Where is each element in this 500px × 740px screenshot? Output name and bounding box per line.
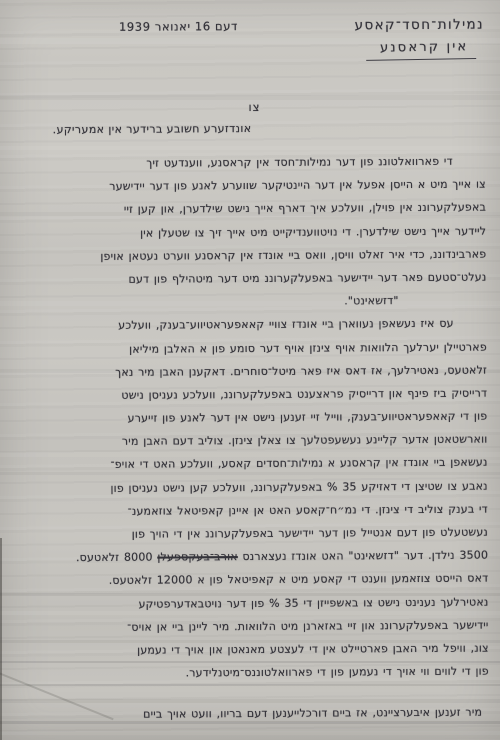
letter-body: די פארוואלטוננ פון דער נמילות־חסד אין קר… — [5, 150, 489, 686]
salutation-line: אונדזערע חשובע ברידער אין אמעריקע. — [53, 122, 252, 136]
scan-tilt-layer: נמילות־חסד־קאסע אין קראסנע דעם 16 יאנואר… — [0, 0, 500, 740]
body-line: נעשטעלט פון דעם אנטייל פון דער יידישער ב… — [7, 521, 488, 547]
salutation-to: צו — [248, 100, 260, 114]
struck-word: אורב־בעקספעלן — [157, 550, 237, 563]
scanned-letter-page: נמילות־חסד־קאסע אין קראסנע דעם 16 יאנואר… — [0, 0, 500, 740]
body-line: ליידער אייך נישט שילדערן. די נויטווענדיק… — [5, 219, 486, 245]
body-line: נאבע צו שטיצן די דאזיקע 35 % באפעלקערוננ… — [7, 474, 488, 500]
body-line: נאטירלעך נענינט נישט צו באשפייזן די 35 %… — [7, 590, 488, 616]
body-line: דרייסיק ביז פינף און דרייסיק פראצענט באפ… — [6, 381, 487, 407]
letterhead-org-name: נמילות־חסד־קאסע — [355, 17, 484, 34]
body-line: פארטיילן יערלעך הלוואות אויף צינזן אויף … — [6, 335, 487, 361]
body-line: זלאטעס, נאטירלעך, אז דאס איז פאר מיטל־סו… — [6, 358, 487, 384]
strike-line-pre: 3500 נילדן. דער "דזשאינט" האט אונדז נעצא… — [242, 549, 488, 564]
body-line: צו אייך מיט א הייסן אפעל אין דער היינטיק… — [5, 173, 486, 199]
body-line: פון די קאאפעראטיווע־בענק, ווייל זיי זענע… — [6, 405, 487, 431]
body-line: ווארשטאטן אדער קליינע נעשעפטלעך צו צאלן … — [6, 428, 487, 454]
letterhead-org-place: אין קראסנע — [366, 39, 477, 61]
body-line: באפעלקערוננ אין פוילן, וועלכע איך דארף א… — [5, 196, 486, 222]
body-line-with-strikeout: 3500 נילדן. דער "דזשאינט" האט אונדז נעצא… — [7, 544, 488, 570]
page-edge-shadow — [0, 538, 2, 740]
body-line: נעשאפן ביי אונדז אין קראסנע א נמילות־חסד… — [7, 451, 488, 477]
body-line: נעלט־סטעם פאר דער יידישער באפעלקערוננ מי… — [5, 265, 486, 291]
body-line: די בענק צוליב די צינזן. די נמ״ח־קאסע האט… — [7, 497, 488, 523]
body-line: צונ, וויפל מיר האבן פארטיילט אין די לעצט… — [8, 636, 489, 662]
body-line: די פארוואלטוננ פון דער נמילות־חסד אין קר… — [5, 150, 486, 176]
body-line: "דזשאינט". — [6, 289, 487, 315]
body-line: יידישער באפעלקערוננ און זיי באזארנן מיט … — [7, 613, 488, 639]
body-line: דאס הייסט צוזאמען ווענט די קאסע מיט א קא… — [7, 567, 488, 593]
letter-date: דעם 16 יאנואר 1939 — [108, 19, 238, 34]
body-line: פארבינדוננ, כדי איר זאלט וויסן, וואס ביי… — [5, 242, 486, 268]
body-line: עס איז נעשאפן נעווארן ביי אונדז צוויי קא… — [6, 312, 487, 338]
strike-line-post: 8000 זלאטעס. — [76, 551, 153, 564]
body-line: פון די לווים ווי אויך די נעמען פון די פא… — [8, 660, 489, 686]
